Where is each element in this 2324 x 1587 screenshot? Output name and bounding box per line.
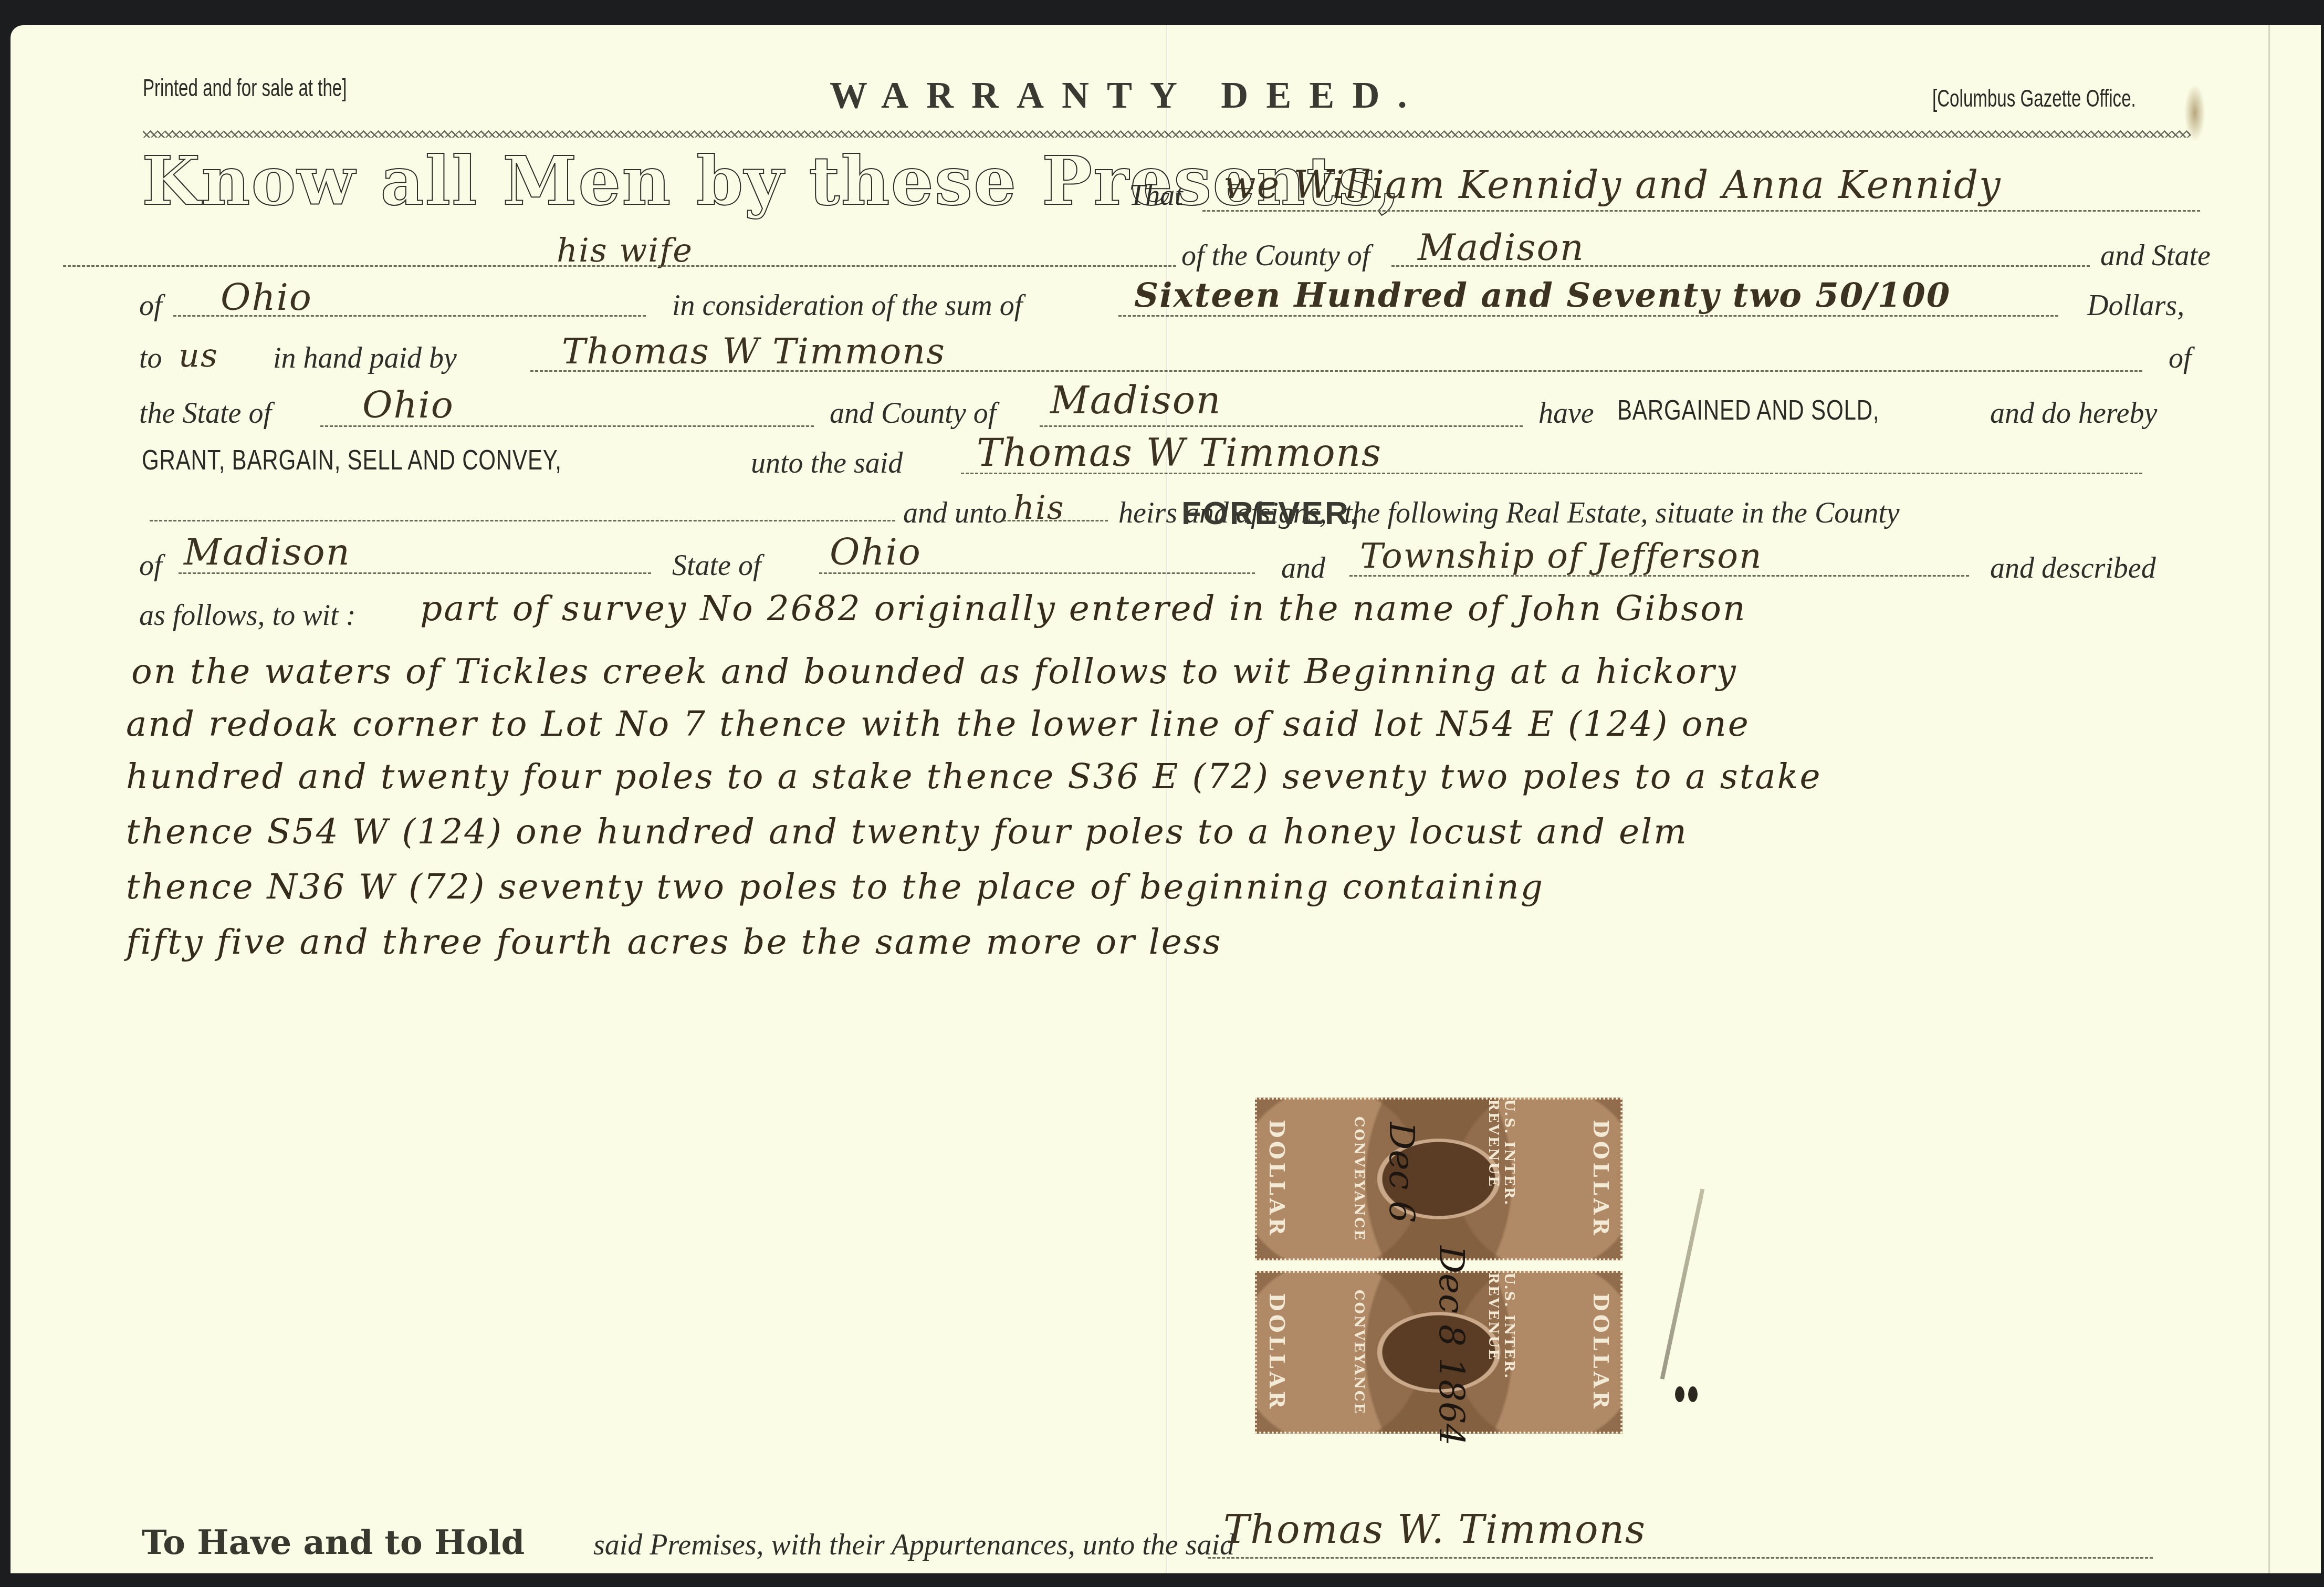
and-state-label: and State: [2100, 239, 2211, 273]
state-of-label-2: State of: [672, 549, 761, 582]
document-title: WARRANTY DEED.: [830, 74, 1425, 117]
sum-field-line: [1118, 315, 2058, 317]
pronoun-field: his: [1013, 488, 1065, 527]
habendum-grantee-field: Thomas W. Timmons: [1223, 1507, 1646, 1552]
to-field: us: [179, 336, 218, 374]
county-label: of the County of: [1181, 239, 1370, 273]
stamp-denomination-left: DOLLAR: [1257, 1120, 1296, 1238]
to-label: to: [139, 341, 162, 375]
grantee-county-line: [1040, 425, 1523, 427]
ink-blot: [1675, 1386, 1684, 1402]
stamp-country: U.S. INTER. REVENUE: [1485, 1099, 1517, 1259]
description-line-6: thence N36 W (72) seventy two poles to t…: [126, 866, 1544, 907]
stamp-denomination-right: DOLLAR: [1581, 1293, 1620, 1412]
property-county-field: Madison: [184, 530, 351, 573]
habendum-heading: To Have and to Hold: [142, 1523, 525, 1562]
grantors-field: we William Kennidy and Anna Kennidy: [1223, 163, 2002, 207]
description-line-7: fifty five and three fourth acres be the…: [126, 922, 1222, 962]
state-of-label: the State of: [139, 396, 271, 430]
following-label: the following Real Estate, situate in th…: [1344, 496, 1900, 530]
description-line-4: hundred and twenty four poles to a stake…: [126, 756, 1822, 797]
stamp-cancel: Dec 6: [1381, 1122, 1422, 1223]
that-label: That: [1129, 179, 1183, 212]
description-line-3: and redoak corner to Lot No 7 thence wit…: [126, 704, 1750, 744]
grantee-county-field: Madison: [1050, 378, 1221, 422]
stamp-denomination-right: DOLLAR: [1581, 1120, 1620, 1238]
of-county-label: of: [139, 549, 162, 582]
dollars-label: Dollars,: [2087, 289, 2184, 322]
blank-line: [150, 520, 895, 521]
description-line-1: part of survey No 2682 originally entere…: [420, 588, 1746, 629]
grantee-field: Thomas W Timmons: [977, 431, 1382, 475]
property-state-field: Ohio: [830, 530, 922, 573]
stamp-denomination-left: DOLLAR: [1257, 1293, 1296, 1412]
have-label: have: [1538, 396, 1594, 430]
deed-paper: [11, 25, 2321, 1573]
grantee-state-field: Ohio: [362, 383, 454, 426]
paid-by-label: in hand paid by: [273, 341, 457, 375]
described-label: and described: [1990, 551, 2156, 585]
county-of-label: and County of: [830, 396, 996, 430]
habendum-grantee-line: [1208, 1557, 2153, 1559]
stamp-type: CONVEYANCE: [1351, 1116, 1367, 1241]
as-follows-label: as follows, to wit :: [139, 599, 355, 632]
revenue-stamps: DOLLAR CONVEYANCE U.S. INTER. REVENUE DO…: [1255, 1098, 1622, 1439]
of-label: of: [139, 289, 162, 322]
ink-blot: [1688, 1386, 1698, 1402]
grantors-field-line: [1202, 210, 2200, 212]
description-line-2: on the waters of Tickles creek and bound…: [131, 651, 1737, 692]
and-unto-label: and unto: [903, 496, 1007, 530]
printer-imprint-left: Printed and for sale at the]: [143, 74, 347, 102]
revenue-stamp-bottom: DOLLAR CONVEYANCE U.S. INTER. REVENUE DO…: [1255, 1271, 1622, 1434]
county-field: Madison: [1418, 226, 1585, 269]
do-hereby-label: and do hereby: [1990, 396, 2157, 430]
unto-said-label: unto the said: [751, 446, 903, 480]
stamp-cancel: Dec 8 1864: [1431, 1246, 1472, 1446]
payer-field: Thomas W Timmons: [562, 331, 946, 372]
grantor-note-line: [63, 265, 1176, 267]
habendum-text: said Premises, with their Appurtenances,…: [593, 1528, 1234, 1562]
revenue-stamp-top: DOLLAR CONVEYANCE U.S. INTER. REVENUE DO…: [1255, 1098, 1622, 1260]
description-line-5: thence S54 W (124) one hundred and twent…: [126, 811, 1688, 852]
heading-know-all-men: Know all Men by these Presents,: [142, 142, 1402, 221]
printer-imprint-right: [Columbus Gazette Office.: [1932, 84, 2136, 112]
of-label-end: of: [2169, 341, 2192, 375]
stamp-type: CONVEYANCE: [1351, 1290, 1367, 1415]
state-field: Ohio: [221, 276, 312, 319]
stamp-country: U.S. INTER. REVENUE: [1485, 1272, 1517, 1432]
and-township-label: and: [1281, 551, 1325, 585]
sum-field: Sixteen Hundred and Seventy two 50/100: [1134, 276, 1951, 315]
grantor-note-field: his wife: [557, 231, 693, 269]
forever-text: FOREVER,: [1181, 495, 1360, 532]
township-field: Township of Jefferson: [1360, 536, 1763, 576]
consideration-label: in consideration of the sum of: [672, 289, 1022, 322]
header-divider: [143, 130, 2191, 138]
bargained-sold-text: BARGAINED AND SOLD,: [1617, 394, 1879, 426]
grant-bargain-text: GRANT, BARGAIN, SELL AND CONVEY,: [142, 444, 562, 476]
